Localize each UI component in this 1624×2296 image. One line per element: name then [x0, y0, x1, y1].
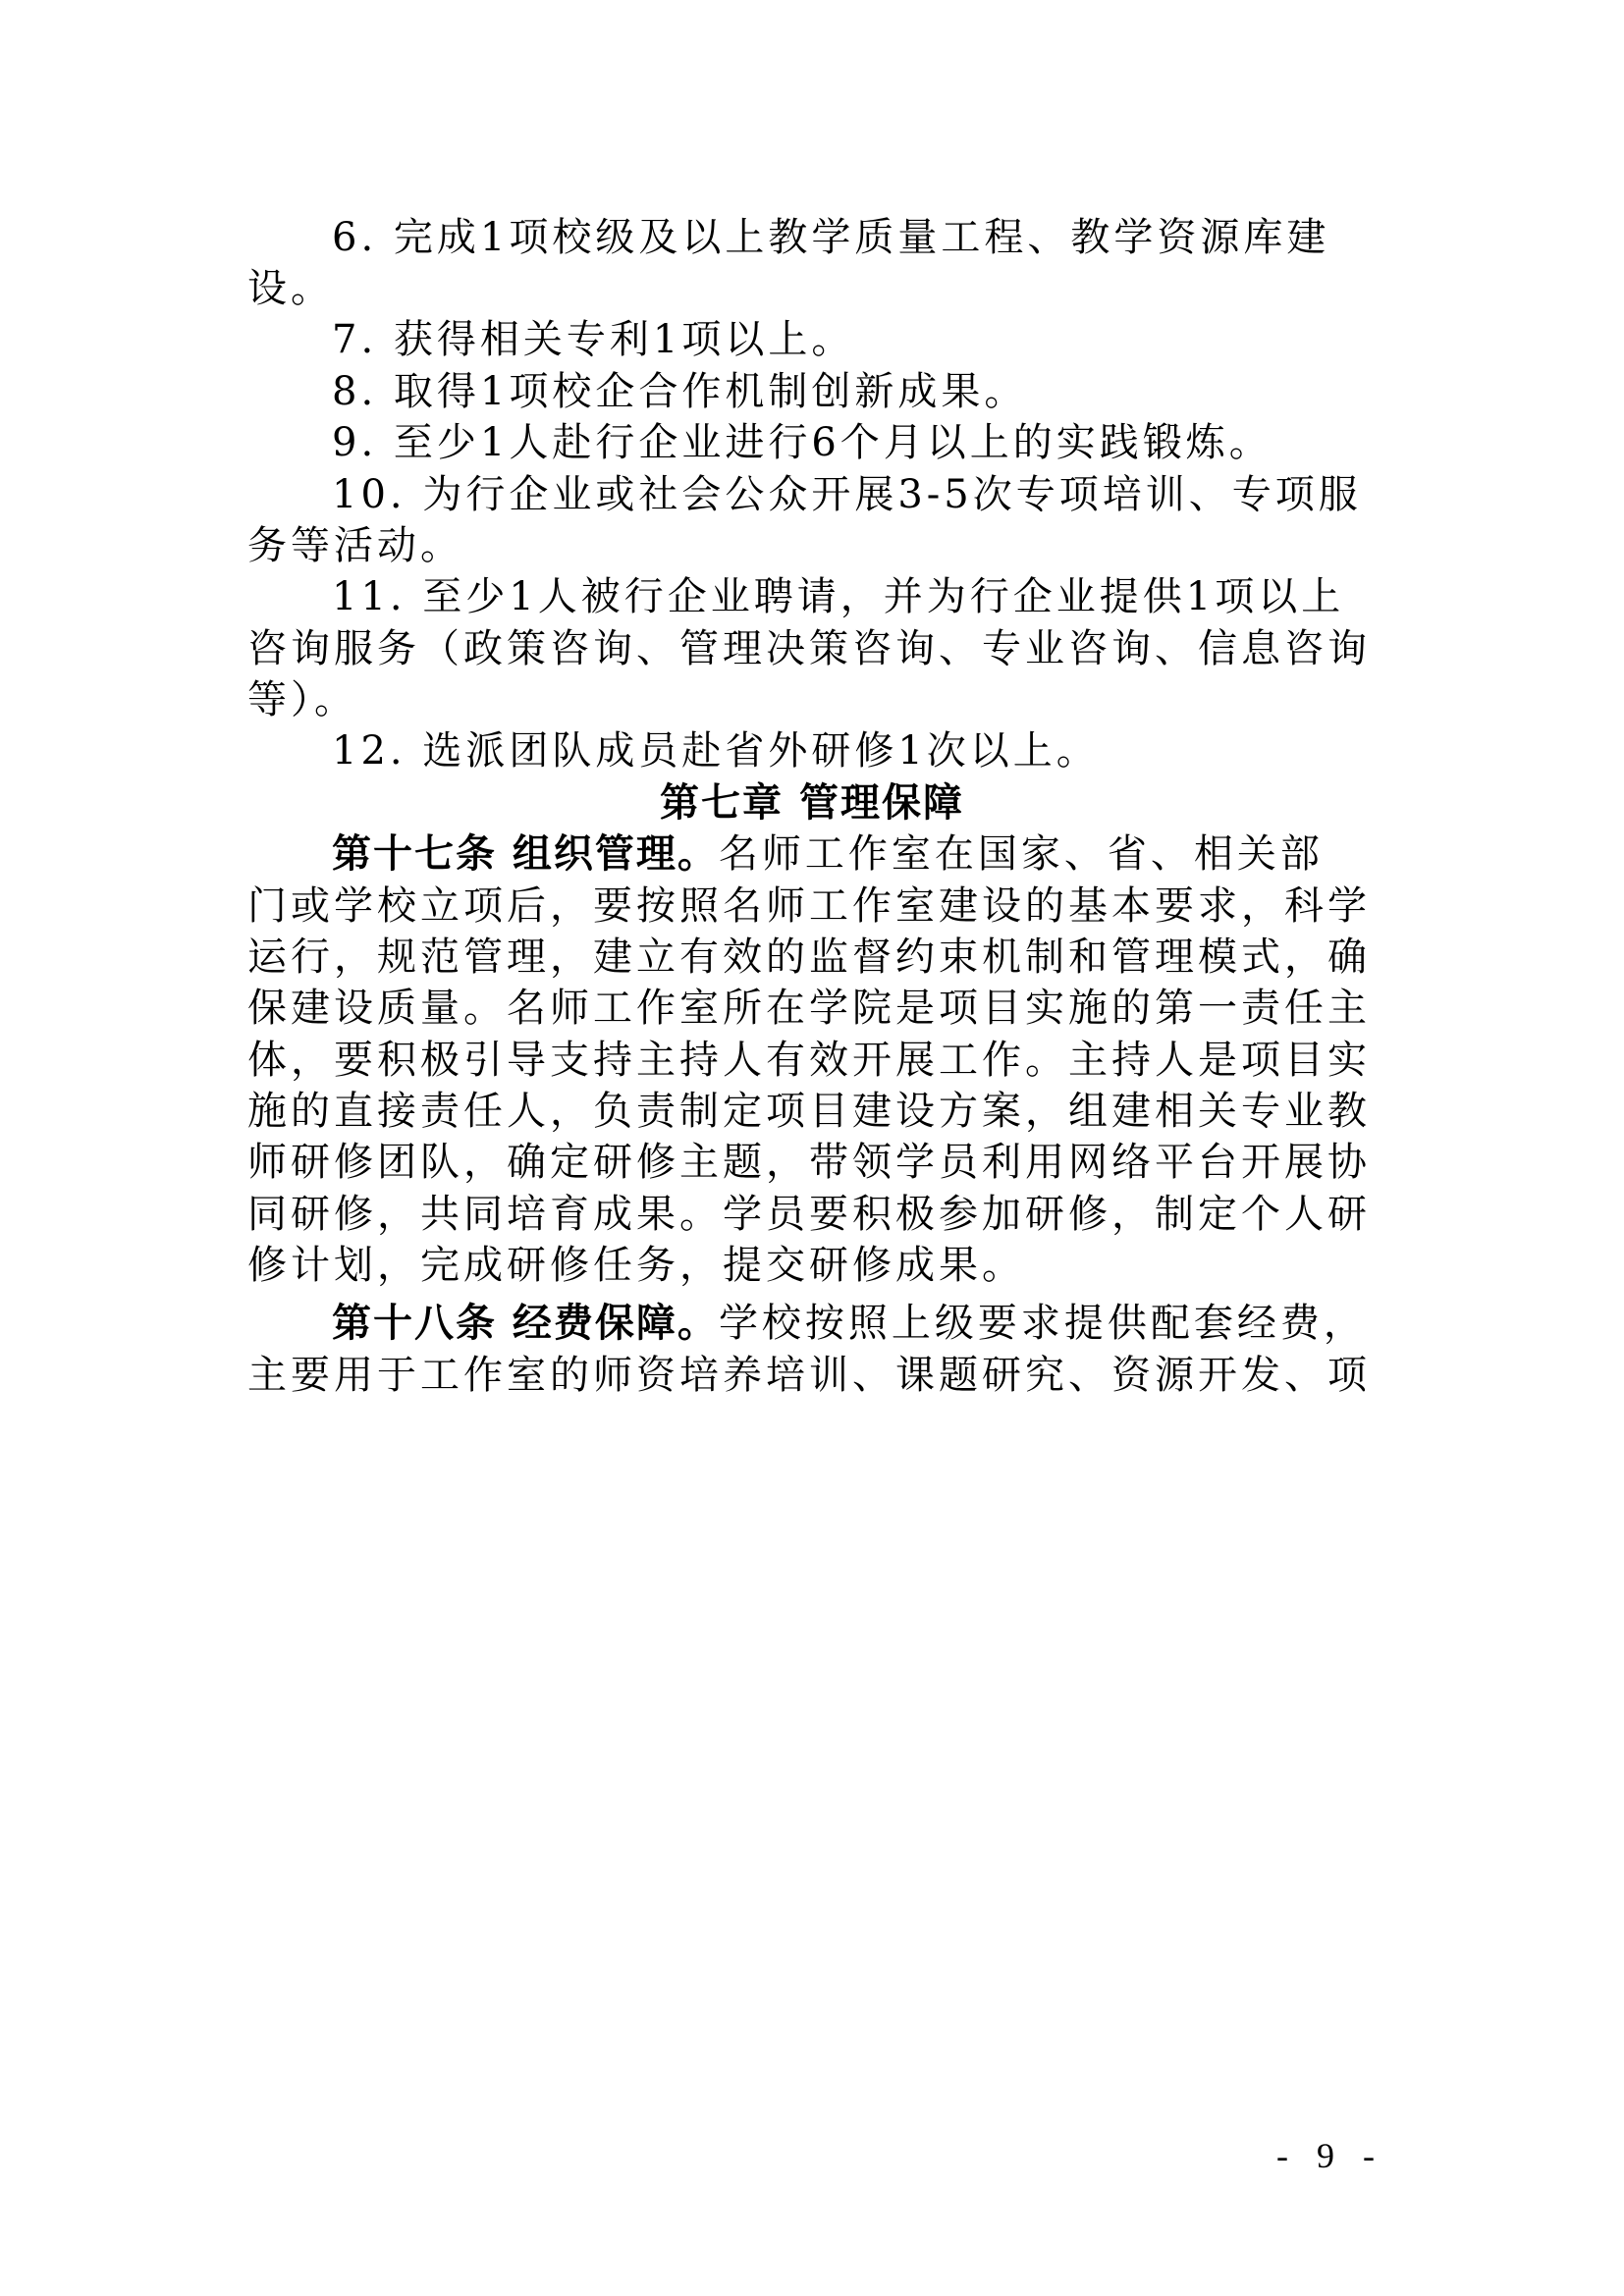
- article-17-line9: 修计划，完成研修任务，提交研修成果。: [247, 1236, 1025, 1295]
- article-18-line2: 主要用于工作室的师资培养培训、课题研究、资源开发、项: [247, 1346, 1371, 1405]
- article-17-line1: 第十七条 组织管理。名师工作室在国家、省、相关部: [332, 825, 1324, 883]
- list-item-6-line1: 6. 完成1项校级及以上教学质量工程、教学资源库建: [332, 208, 1329, 267]
- article-17-line4: 保建设质量。名师工作室所在学院是项目实施的第一责任主: [247, 979, 1371, 1038]
- article-17-heading: 第十七条 组织管理。: [332, 831, 719, 877]
- document-page: 6. 完成1项校级及以上教学质量工程、教学资源库建 设。 7. 获得相关专利1项…: [0, 0, 1624, 2296]
- article-17-text: 名师工作室在国家、省、相关部: [719, 831, 1324, 877]
- article-17-line5: 体，要积极引导支持主持人有效开展工作。主持人是项目实: [247, 1031, 1371, 1090]
- page-number: - 9 -: [1276, 2135, 1384, 2176]
- article-17-line2: 门或学校立项后，要按照名师工作室建设的基本要求，科学: [247, 877, 1371, 935]
- list-item-9: 9. 至少1人赴行企业进行6个月以上的实践锻炼。: [332, 413, 1272, 472]
- article-18-heading: 第十八条 经费保障。: [332, 1301, 719, 1346]
- chapter-title: 第七章 管理保障: [247, 774, 1377, 832]
- article-18-text: 学校按照上级要求提供配套经费，: [719, 1301, 1367, 1346]
- list-item-7: 7. 获得相关专利1项以上。: [332, 310, 854, 369]
- list-item-11-line2: 咨询服务（政策咨询、管理决策咨询、专业咨询、信息咨询: [247, 619, 1371, 678]
- list-item-6-line2: 设。: [247, 259, 334, 318]
- article-18-line1: 第十八条 经费保障。学校按照上级要求提供配套经费，: [332, 1294, 1367, 1353]
- article-17-line3: 运行，规范管理，建立有效的监督约束机制和管理模式，确: [247, 928, 1371, 987]
- list-item-10-line1: 10. 为行企业或社会公众开展3-5次专项培训、专项服: [332, 465, 1362, 524]
- list-item-12: 12. 选派团队成员赴省外研修1次以上。: [332, 721, 1100, 780]
- list-item-11-line1: 11. 至少1人被行企业聘请，并为行企业提供1项以上: [332, 567, 1344, 626]
- article-17-line6: 施的直接责任人，负责制定项目建设方案，组建相关专业教: [247, 1082, 1371, 1141]
- article-17-line8: 同研修，共同培育成果。学员要积极参加研修，制定个人研: [247, 1185, 1371, 1244]
- list-item-8: 8. 取得1项校企合作机制创新成果。: [332, 362, 1027, 421]
- list-item-10-line2: 务等活动。: [247, 516, 463, 575]
- list-item-11-line3: 等）。: [247, 670, 357, 729]
- article-17-line7: 师研修团队，确定研修主题，带领学员利用网络平台开展协: [247, 1133, 1371, 1192]
